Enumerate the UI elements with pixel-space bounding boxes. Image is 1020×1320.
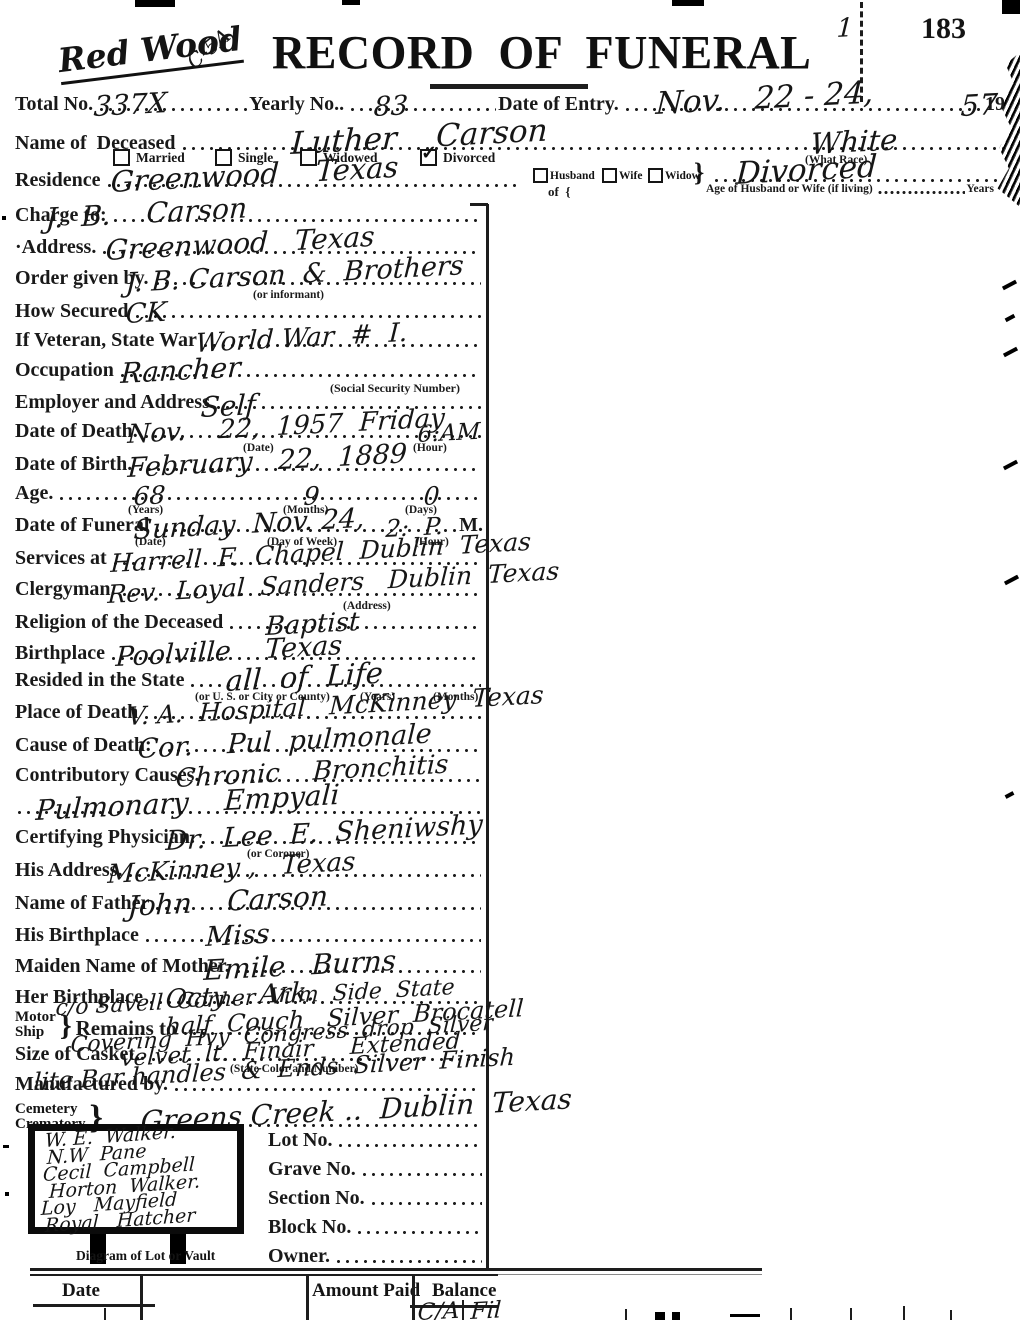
field-label: Date of Death.	[15, 419, 138, 443]
page-number: 183	[921, 12, 966, 46]
field-occupation: Occupation Rancher (Social Security Numb…	[15, 358, 483, 382]
field-label: Clergyman.	[15, 577, 116, 601]
field-label: Place of Death	[15, 700, 138, 724]
field-label: Contributory Causes.	[15, 763, 199, 787]
check-icon: ✓	[421, 142, 437, 165]
handwritten-value: John Carson	[127, 882, 329, 921]
cutoff-mark	[655, 1312, 665, 1320]
table-top-rule-faint	[498, 1274, 762, 1275]
field-owner: Owner.	[268, 1244, 484, 1268]
dotted-leader	[348, 107, 496, 112]
checkbox-divorced-checked: ✓ Divorced	[420, 149, 495, 166]
field-label: Owner.	[268, 1244, 330, 1268]
field-label: Employer and Address	[15, 390, 210, 414]
field-label: Occupation	[15, 358, 114, 382]
handwritten-value: 83	[373, 92, 409, 121]
scan-artifact	[1005, 791, 1015, 799]
table-header-amount-paid: Amount Paid	[312, 1280, 420, 1302]
dotted-leader	[369, 1201, 482, 1206]
field-birthplace: Birthplace Poolville Texas	[15, 641, 483, 665]
cemetery-label: Cemetery	[15, 1102, 86, 1117]
handwritten-value: Miss	[205, 921, 270, 951]
lot-diagram-box: W. E. Walker. N.W Pane Cecil Campbell Ho…	[28, 1124, 244, 1234]
field-label: Religion of the Deceased	[15, 610, 223, 634]
checkbox-label: Wife	[619, 170, 642, 182]
field-label: Resided in the State	[15, 668, 184, 692]
cropped-text-fragment: of {	[548, 184, 570, 200]
checkbox-icon	[533, 168, 548, 183]
field-label: Date of Entry.	[498, 92, 619, 116]
field-order-given-by: Order given by. J. B. Carson & Brothers …	[15, 266, 483, 290]
field-lot-no: Lot No.	[268, 1128, 484, 1152]
field-label: His Birthplace	[15, 923, 139, 947]
field-label: Cause of Death:	[15, 733, 152, 757]
table-header-underline	[33, 1304, 155, 1307]
dotted-leader	[360, 1172, 482, 1177]
field-how-secured: How Secured CK	[15, 299, 483, 323]
handwritten-fragment: Fil	[470, 1299, 502, 1320]
field-label: Maiden Name of Mother.	[15, 954, 230, 978]
table-divider-partial	[790, 1308, 792, 1320]
table-divider-partial	[903, 1306, 905, 1320]
cutoff-mark	[672, 1312, 680, 1320]
ship-label: Ship	[15, 1025, 56, 1040]
table-divider-partial	[462, 1300, 464, 1320]
scan-artifact	[1005, 314, 1016, 322]
checkbox-icon: ✓	[420, 149, 437, 166]
field-residence: Residence Greenwood Texas	[15, 168, 520, 192]
field-label: ·Address.	[15, 235, 96, 259]
cutoff-mark	[730, 1314, 760, 1317]
field-label: Age of Husband or Wife (if living)	[706, 182, 873, 196]
dotted-leader	[143, 938, 481, 943]
handwritten-value: CK	[125, 299, 167, 328]
field-clergyman: Clergyman. Rev. Loyal Sanders Dublin Tex…	[15, 577, 483, 601]
scan-artifact	[1003, 460, 1018, 471]
dotted-leader	[336, 1143, 482, 1148]
field-label: Birthplace	[15, 641, 105, 665]
field-his-address: His Address. McKinney , Texas	[15, 858, 483, 882]
field-charge-to: Charge to: J. B. Carson	[15, 203, 483, 227]
handwritten-value: 337X	[93, 89, 168, 121]
field-age: Age. 68 9 0 (Years) (Months) (Days)	[15, 481, 483, 505]
diagram-caption: Diagram of Lot or Vault	[76, 1248, 215, 1264]
table-divider	[140, 1276, 143, 1320]
handwritten-value: Rancher	[120, 354, 241, 388]
scan-artifact	[135, 0, 175, 7]
field-label: Age.	[15, 481, 53, 505]
table-divider-partial	[625, 1309, 627, 1320]
dotted-leader	[877, 191, 965, 194]
field-label: Total No.	[15, 92, 93, 116]
checkbox-label: Divorced	[443, 150, 495, 166]
field-certifying-physician: Certifying Physician. Dr. Lee E. Sheniws…	[15, 825, 483, 849]
table-divider	[306, 1276, 309, 1320]
field-age-of-spouse: Age of Husband or Wife (if living) Years	[706, 181, 994, 196]
table-divider-partial	[104, 1308, 106, 1320]
field-section-no: Section No.	[268, 1186, 484, 1210]
table-header-date: Date	[62, 1280, 100, 1302]
checkbox-wife: Wife	[602, 168, 642, 183]
handwritten-value: Nov. 22 - 24,	[655, 77, 874, 120]
field-grave-no: Grave No.	[268, 1157, 484, 1181]
handwritten-value: 57	[960, 90, 998, 121]
field-date-of-death: Date of Death. Nov. 22, 1957 Friday 6:AM…	[15, 419, 483, 443]
checkbox-label: Husband	[550, 170, 595, 182]
field-label: Services at	[15, 546, 107, 570]
field-religion: Religion of the Deceased Baptist	[15, 610, 483, 634]
field-label: Grave No.	[268, 1157, 356, 1181]
handwritten-fragment: C/A	[417, 1300, 460, 1320]
page-title: RECORD OF FUNERAL	[272, 25, 811, 80]
field-his-birthplace: His Birthplace Miss	[15, 923, 483, 947]
field-total-yearly-entry: Total No. Yearly No.. Date of Entry. 19 …	[15, 92, 1005, 116]
scan-artifact	[672, 0, 704, 6]
field-veteran-war: If Veteran, State War World War # I.	[15, 328, 483, 352]
dotted-leader	[355, 1230, 482, 1235]
table-top-rule	[30, 1268, 762, 1271]
units-label: Years	[967, 182, 994, 196]
checkbox-husband: Husband	[533, 168, 595, 183]
field-block-no: Block No.	[268, 1215, 484, 1239]
motor-label: Motor	[15, 1010, 56, 1025]
field-label: His Address.	[15, 858, 122, 882]
dotted-leader	[133, 314, 481, 319]
scan-artifact	[1003, 347, 1018, 358]
table-divider-partial	[850, 1308, 852, 1320]
field-label: Yearly No..	[249, 92, 344, 116]
field-name-of-father: Name of Father John Carson	[15, 891, 483, 915]
field-maiden-name-of-mother: Maiden Name of Mother. Emile Burns	[15, 954, 483, 978]
scan-artifact	[3, 1145, 9, 1148]
funeral-record-scan: Red Wood RECORD OF FUNERAL 183 1 C-5A To…	[0, 0, 1020, 1320]
table-top-rule-2	[30, 1274, 498, 1276]
checkbox-icon	[602, 168, 617, 183]
scan-artifact	[2, 216, 6, 220]
table-divider-partial	[950, 1310, 952, 1320]
motor-ship-label: Motor Ship	[15, 1010, 56, 1040]
scan-artifact	[1002, 280, 1017, 291]
field-label: Residence	[15, 168, 101, 192]
stray-pen-mark: 1	[836, 15, 854, 42]
field-label: If Veteran, State War	[15, 328, 197, 352]
table-divider	[412, 1276, 415, 1320]
title-underline	[430, 84, 588, 89]
dotted-leader	[57, 496, 481, 501]
brace-glyph: }	[694, 159, 704, 187]
scan-artifact	[342, 0, 360, 5]
field-label: Section No.	[268, 1186, 365, 1210]
scan-artifact	[5, 1192, 9, 1196]
field-date-of-birth: Date of Birth. February 22, 1889	[15, 452, 483, 476]
scan-artifact	[1004, 575, 1019, 586]
checkbox-icon	[648, 168, 663, 183]
field-label: Date of Funeral	[15, 513, 149, 537]
field-label: How Secured	[15, 299, 129, 323]
scan-artifact	[1002, 0, 1020, 14]
dotted-leader	[334, 1259, 482, 1264]
field-label: Date of Birth.	[15, 452, 132, 476]
field-label: Block No.	[268, 1215, 351, 1239]
field-label: Lot No.	[268, 1128, 332, 1152]
